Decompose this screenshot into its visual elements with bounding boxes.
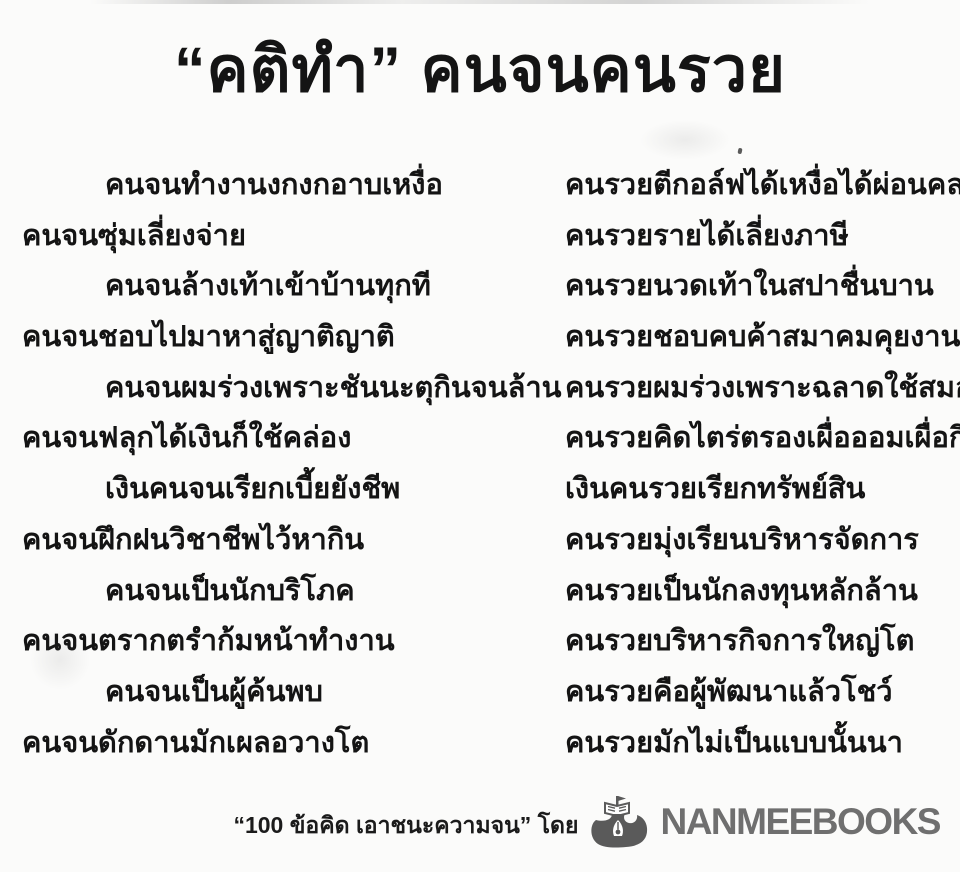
poor-quote-line: คนจนล้างเท้าเข้าบ้านทุกที <box>0 261 492 312</box>
quote-row: คนจนดักดานมักเผลอวางโต คนรวยมักไม่เป็นแบ… <box>0 718 960 769</box>
scan-artifact-top-streak <box>90 0 870 4</box>
scan-artifact-speck <box>737 148 742 155</box>
quote-row: คนจนตรากตรำก้มหน้าทำงาน คนรวยบริหารกิจกา… <box>0 616 960 667</box>
quote-row: คนจนผมร่วงเพราะชันนะตุกินจนล้าน คนรวยผมร… <box>0 363 960 414</box>
scan-artifact-smudge <box>640 120 730 160</box>
quote-row: คนจนซุ่มเลี่ยงจ่าย คนรวยรายได้เลี่ยงภาษี <box>0 211 960 262</box>
poor-quote-line: คนจนทำงานงกงกอาบเหงื่อ <box>0 160 492 211</box>
poor-quote-line: คนจนฟลุกได้เงินก็ใช้คล่อง <box>0 413 492 464</box>
quote-row: คนจนทำงานงกงกอาบเหงื่อ คนรวยตีกอล์ฟได้เห… <box>0 160 960 211</box>
rich-quote-line: เงินคนรวยเรียกทรัพย์สิน <box>492 464 960 515</box>
scan-artifact-smudge <box>30 630 90 690</box>
poor-quote-line: คนจนดักดานมักเผลอวางโต <box>0 718 492 769</box>
poor-quote-line: คนจนผมร่วงเพราะชันนะตุกินจนล้าน <box>0 363 492 414</box>
rich-quote-line: คนรวยมุ่งเรียนบริหารจัดการ <box>492 515 960 566</box>
quote-row: คนจนฟลุกได้เงินก็ใช้คล่อง คนรวยคิดไตร่ตร… <box>0 413 960 464</box>
rich-quote-line: คนรวยผมร่วงเพราะฉลาดใช้สมอง <box>492 363 960 414</box>
publisher-name: NANMEEBOOKS <box>660 801 940 843</box>
poor-quote-line: คนจนซุ่มเลี่ยงจ่าย <box>0 211 492 262</box>
poor-quote-line: คนจนชอบไปมาหาสู่ญาติญาติ <box>0 312 492 363</box>
rich-quote-line: คนรวยคือผู้พัฒนาแล้วโชว์ <box>492 667 960 718</box>
poor-quote-line: เงินคนจนเรียกเบี้ยยังชีพ <box>0 464 492 515</box>
poor-quote-line: คนจนฝึกฝนวิชาชีพไว้หากิน <box>0 515 492 566</box>
quote-row: คนจนฝึกฝนวิชาชีพไว้หากิน คนรวยมุ่งเรียนบ… <box>0 515 960 566</box>
ship-pen-logo-icon <box>588 794 650 850</box>
rich-quote-line: คนรวยตีกอล์ฟได้เหงื่อได้ผ่อนคลาย <box>492 160 960 211</box>
quote-row: เงินคนจนเรียกเบี้ยยังชีพ เงินคนรวยเรียกท… <box>0 464 960 515</box>
rich-quote-line: คนรวยนวดเท้าในสปาชื่นบาน <box>492 261 960 312</box>
quote-row: คนจนเป็นนักบริโภค คนรวยเป็นนักลงทุนหลักล… <box>0 566 960 617</box>
scanned-page: “คติทำ” คนจนคนรวย คนจนทำงานงกงกอาบเหงื่อ… <box>0 0 960 768</box>
page-title: “คติทำ” คนจนคนรวย <box>0 0 960 122</box>
footer: “100 ข้อคิด เอาชนะความจน” โดย NANMEEBOOK… <box>233 794 940 850</box>
quote-row: คนจนชอบไปมาหาสู่ญาติญาติ คนรวยชอบคบค้าสม… <box>0 312 960 363</box>
rich-quote-line: คนรวยบริหารกิจการใหญ่โต <box>492 616 960 667</box>
rich-quote-line: คนรวยเป็นนักลงทุนหลักล้าน <box>492 566 960 617</box>
poor-quote-line: คนจนเป็นนักบริโภค <box>0 566 492 617</box>
rich-quote-line: คนรวยชอบคบค้าสมาคมคุยงาน <box>492 312 960 363</box>
quotes-columns: คนจนทำงานงกงกอาบเหงื่อ คนรวยตีกอล์ฟได้เห… <box>0 160 960 768</box>
book-credit: “100 ข้อคิด เอาชนะความจน” โดย <box>233 800 578 844</box>
rich-quote-line: คนรวยรายได้เลี่ยงภาษี <box>492 211 960 262</box>
rich-quote-line: คนรวยมักไม่เป็นแบบนั้นนา <box>492 718 960 769</box>
rich-quote-line: คนรวยคิดไตร่ตรองเผื่อออมเผื่อกิน <box>492 413 960 464</box>
quote-row: คนจนเป็นผู้ค้นพบ คนรวยคือผู้พัฒนาแล้วโชว… <box>0 667 960 718</box>
quote-row: คนจนล้างเท้าเข้าบ้านทุกที คนรวยนวดเท้าใน… <box>0 261 960 312</box>
